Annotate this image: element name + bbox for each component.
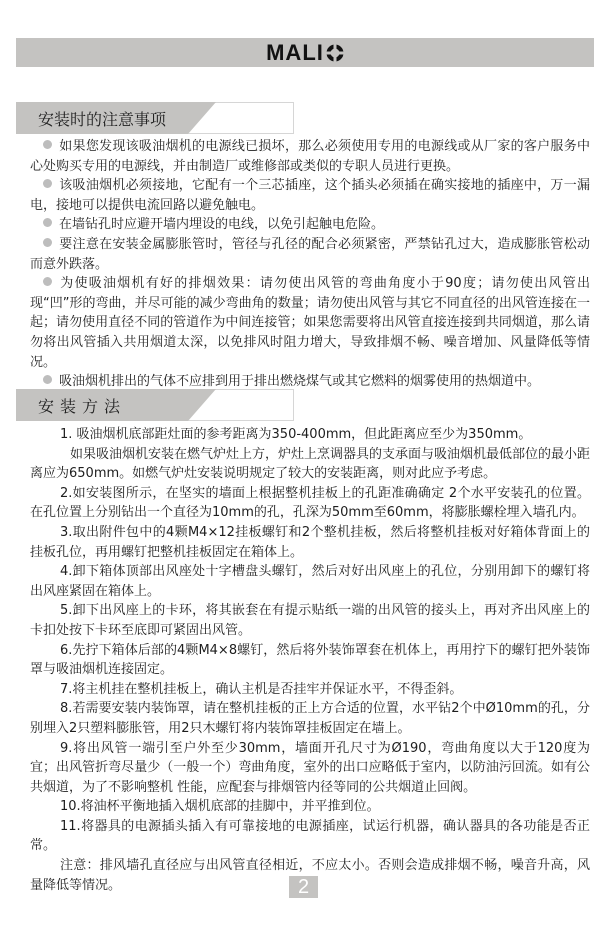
section-title: 安装方法 bbox=[16, 394, 126, 417]
bullet-icon bbox=[43, 218, 52, 227]
crosshair-o-icon bbox=[326, 44, 344, 62]
step-item: 1. 吸油烟机底部距灶面的参考距离为350-400mm，但此距离应至少为350m… bbox=[30, 425, 590, 445]
list-item: 如果您发现该吸油烟机的电源线已损坏，那么必须使用专用的电源线或从厂家的客户服务中… bbox=[30, 137, 590, 176]
precautions-list: 如果您发现该吸油烟机的电源线已损坏，那么必须使用专用的电源线或从厂家的客户服务中… bbox=[30, 137, 590, 392]
bullet-icon bbox=[43, 140, 52, 149]
page-number: 2 bbox=[289, 876, 318, 898]
brand-logo: MALI bbox=[266, 40, 344, 66]
step-item: 3.取出附件包中的4颗M4×12挂板螺钉和2个整机挂板，然后将整机挂板对好箱体背… bbox=[30, 523, 590, 562]
step-item: 11.将器具的电源插头插入有可靠接地的电源插座，试运行机器，确认器具的各功能是否… bbox=[30, 817, 590, 856]
bullet-icon bbox=[43, 179, 52, 188]
installation-steps: 1. 吸油烟机底部距灶面的参考距离为350-400mm，但此距离应至少为350m… bbox=[30, 425, 590, 895]
step-item: 7.将主机挂在整机挂板上，确认主机是否挂牢并保证水平，不得歪斜。 bbox=[30, 680, 590, 700]
step-item: 4.卸下箱体顶部出风座处十字槽盘头螺钉，然后对好出风座上的孔位，分别用卸下的螺钉… bbox=[30, 562, 590, 601]
step-item: 2.如安装图所示，在坚实的墙面上根据整机挂板上的孔距准确确定 2个水平安装孔的位… bbox=[30, 484, 590, 523]
header-bar: MALI bbox=[16, 38, 594, 67]
step-item: 6.先拧下箱体后部的4颗M4×8螺钉，然后将外装饰罩套在机体上，再用拧下的螺钉把… bbox=[30, 641, 590, 680]
step-item: 10.将油杯平衡地插入烟机底部的挂脚中，并平推到位。 bbox=[30, 797, 590, 817]
bullet-icon bbox=[43, 277, 52, 286]
list-item: 在墙钻孔时应避开墙内埋设的电线，以免引起触电危险。 bbox=[30, 215, 590, 235]
list-item: 该吸油烟机必须接地，它配有一个三芯插座，这个插头必须插在确实接地的插座中，万一漏… bbox=[30, 176, 590, 215]
list-item: 为使吸油烟机有好的排烟效果：请勿使出风管的弯曲角度小于90度；请勿使出风管出现“… bbox=[30, 274, 590, 372]
step-item: 5.卸下出风座上的卡环，将其嵌套在有提示贴纸一端的出风管的接头上，再对齐出风座上… bbox=[30, 601, 590, 640]
step-item: 9.将出风管一端引至户外至少30mm，墙面开孔尺寸为Ø190，弯曲角度以大于12… bbox=[30, 739, 590, 798]
bullet-icon bbox=[43, 238, 52, 247]
section-heading-installation: 安装方法 bbox=[16, 389, 294, 421]
brand-name: MALI bbox=[266, 40, 324, 66]
list-item: 要注意在安装金属膨胀管时，管径与孔径的配合必须紧密，严禁钻孔过大，造成膨胀管松动… bbox=[30, 235, 590, 274]
section-heading-precautions: 安装时的注意事项 bbox=[16, 102, 294, 134]
step-item: 如果吸油烟机安装在燃气炉灶上方，炉灶上烹调器具的支承面与吸油烟机最低部位的最小距… bbox=[30, 445, 590, 484]
step-item: 8.若需要安装内装饰罩，请在整机挂板的正上方合适的位置，水平钻2个中Ø10mm的… bbox=[30, 699, 590, 738]
section-title: 安装时的注意事项 bbox=[16, 107, 166, 130]
bullet-icon bbox=[43, 375, 52, 384]
